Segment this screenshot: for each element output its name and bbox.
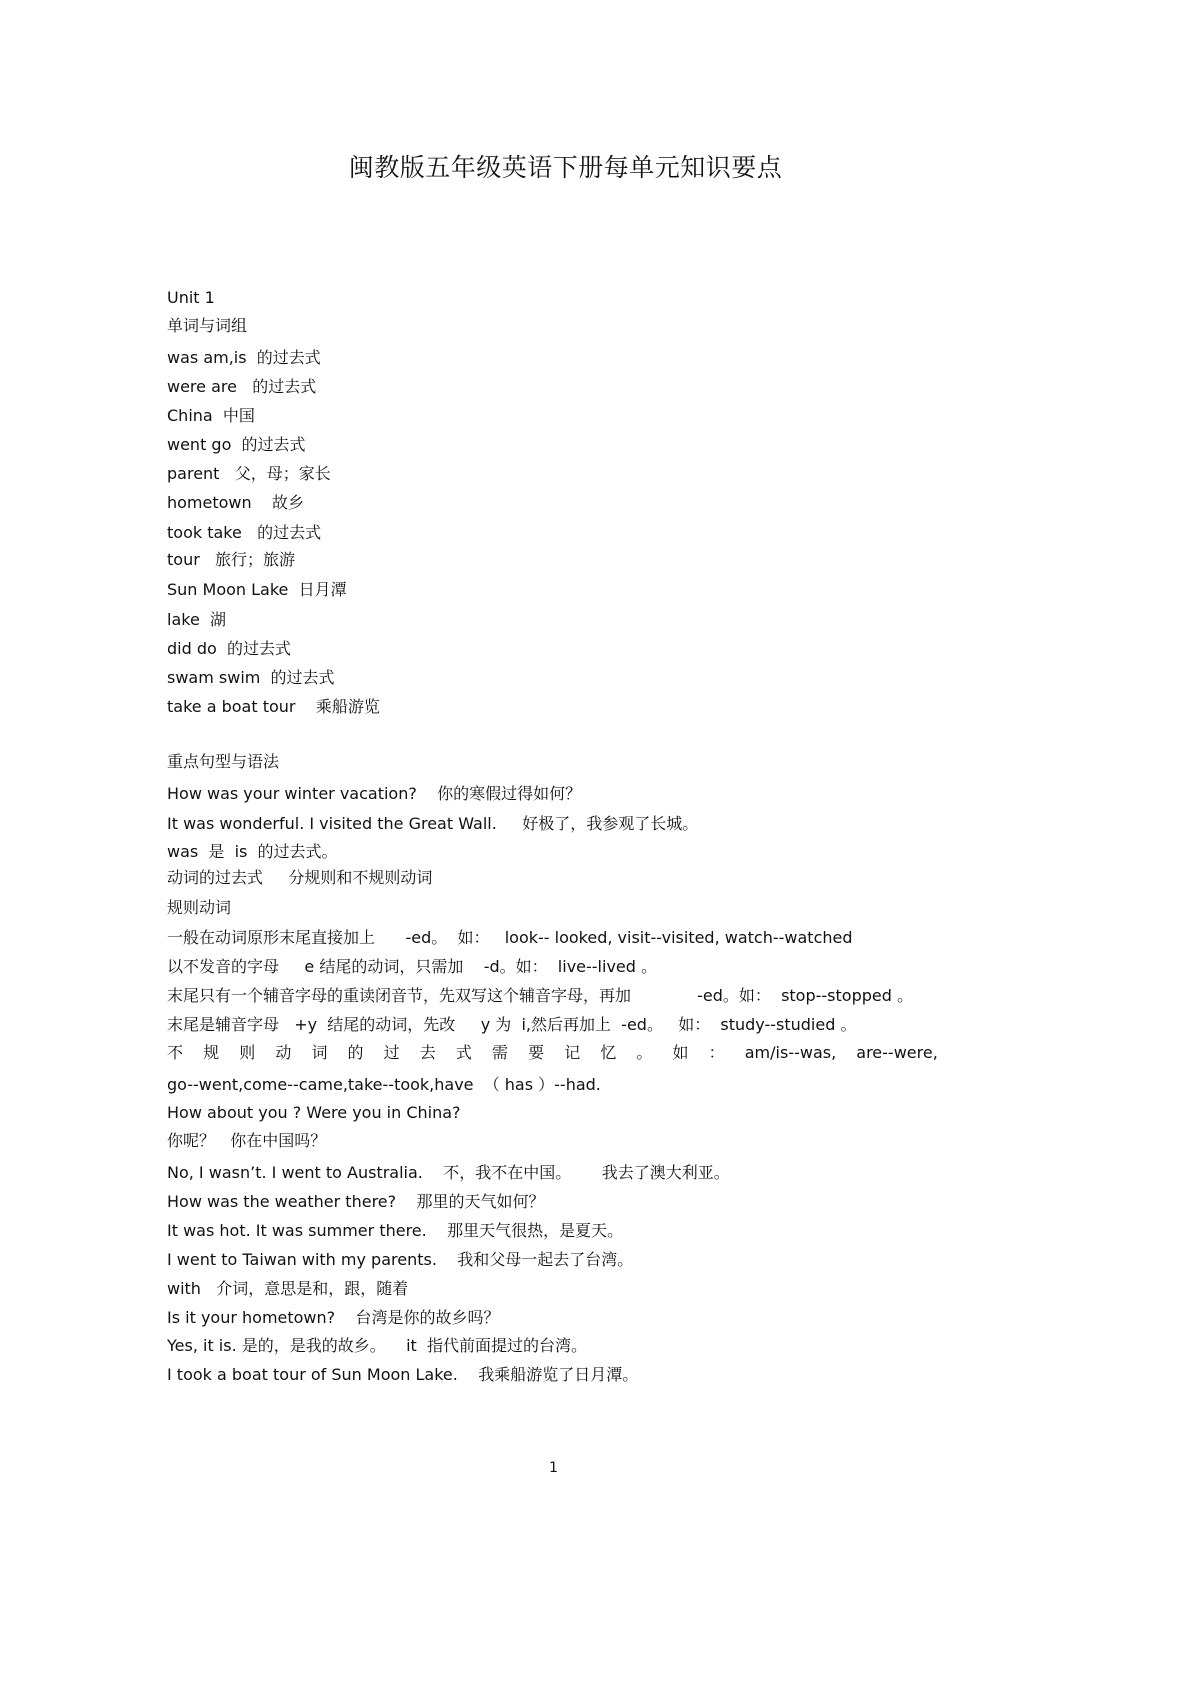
vocab-item: were are 的过去式 <box>167 377 316 397</box>
grammar-line: 末尾是辅音字母 +y 结尾的动词，先改 y 为 i,然后再加上 -ed。 如： … <box>167 1015 856 1035</box>
document-title: 闽教版五年级英语下册每单元知识要点 <box>0 148 1191 184</box>
token: 动 <box>275 1043 291 1063</box>
grammar-line: 以不发音的字母 e 结尾的动词，只需加 -d。如： live--lived 。 <box>167 957 657 977</box>
grammar-line: 一般在动词原形末尾直接加上 -ed。 如： look-- looked, vis… <box>167 928 853 948</box>
grammar-line: with 介词，意思是和，跟，随着 <box>167 1279 408 1299</box>
token: 规 <box>203 1043 219 1063</box>
page-number-text: 1 <box>549 1460 558 1476</box>
grammar-line: I went to Taiwan with my parents. 我和父母一起… <box>167 1250 633 1270</box>
grammar-line: How was your winter vacation? 你的寒假过得如何？ <box>167 784 581 804</box>
grammar-heading: 重点句型与语法 <box>167 752 279 772</box>
vocab-item: swam swim 的过去式 <box>167 668 335 688</box>
grammar-line: No, I wasn’t. I went to Australia. 不，我不在… <box>167 1163 730 1183</box>
grammar-line: How was the weather there? 那里的天气如何？ <box>167 1192 544 1212</box>
token: am/is--was, <box>745 1043 836 1063</box>
token: 不 <box>167 1043 183 1063</box>
token: 如 <box>673 1043 689 1063</box>
grammar-line: was 是 is 的过去式。 <box>167 842 338 862</box>
token: 要 <box>528 1043 544 1063</box>
vocab-item: China 中国 <box>167 406 255 426</box>
grammar-line: How about you ? Were you in China? <box>167 1103 461 1123</box>
token: 的 <box>348 1043 364 1063</box>
token: 。 <box>636 1043 652 1063</box>
irregular-verbs-line: 不 规 则 动 词 的 过 去 式 需 要 记 忆 。 如 ： am/is--w… <box>167 1043 938 1063</box>
unit-heading: Unit 1 <box>167 288 215 308</box>
token: 记 <box>564 1043 580 1063</box>
vocab-item: hometown 故乡 <box>167 493 304 513</box>
grammar-line: 动词的过去式 分规则和不规则动词 <box>167 868 432 888</box>
grammar-line: It was hot. It was summer there. 那里天气很热，… <box>167 1221 623 1241</box>
grammar-line: I took a boat tour of Sun Moon Lake. 我乘船… <box>167 1365 638 1385</box>
grammar-line: It was wonderful. I visited the Great Wa… <box>167 814 698 834</box>
grammar-line: 你呢？ 你在中国吗？ <box>167 1131 326 1151</box>
token: 过 <box>384 1043 400 1063</box>
vocab-item: lake 湖 <box>167 610 226 630</box>
grammar-line: Yes, it is. 是的，是我的故乡。 it 指代前面提过的台湾。 <box>167 1336 587 1356</box>
token: 忆 <box>600 1043 616 1063</box>
token: 式 <box>456 1043 472 1063</box>
vocab-item: took take 的过去式 <box>167 523 321 543</box>
vocab-item: parent 父，母；家长 <box>167 464 331 484</box>
vocab-item: Sun Moon Lake 日月潭 <box>167 580 347 600</box>
token: 则 <box>239 1043 255 1063</box>
token: ： <box>709 1043 725 1063</box>
grammar-line: 末尾只有一个辅音字母的重读闭音节，先双写这个辅音字母，再加 -ed。如： sto… <box>167 986 913 1006</box>
page-number: 1 <box>0 1460 1191 1476</box>
title-text: 闽教版五年级英语下册每单元知识要点 <box>349 153 783 182</box>
vocab-item: went go 的过去式 <box>167 435 306 455</box>
vocab-heading: 单词与词组 <box>167 316 247 336</box>
token: 去 <box>420 1043 436 1063</box>
token: 需 <box>492 1043 508 1063</box>
vocab-item: tour 旅行；旅游 <box>167 550 295 570</box>
grammar-line: 规则动词 <box>167 898 231 918</box>
vocab-item: take a boat tour 乘船游览 <box>167 697 380 717</box>
token: 词 <box>311 1043 327 1063</box>
token: are--were, <box>856 1043 938 1063</box>
grammar-line: Is it your hometown? 台湾是你的故乡吗？ <box>167 1308 500 1328</box>
grammar-line: go--went,come--came,take--took,have （ ha… <box>167 1075 601 1095</box>
vocab-item: was am,is 的过去式 <box>167 348 321 368</box>
vocab-item: did do 的过去式 <box>167 639 291 659</box>
